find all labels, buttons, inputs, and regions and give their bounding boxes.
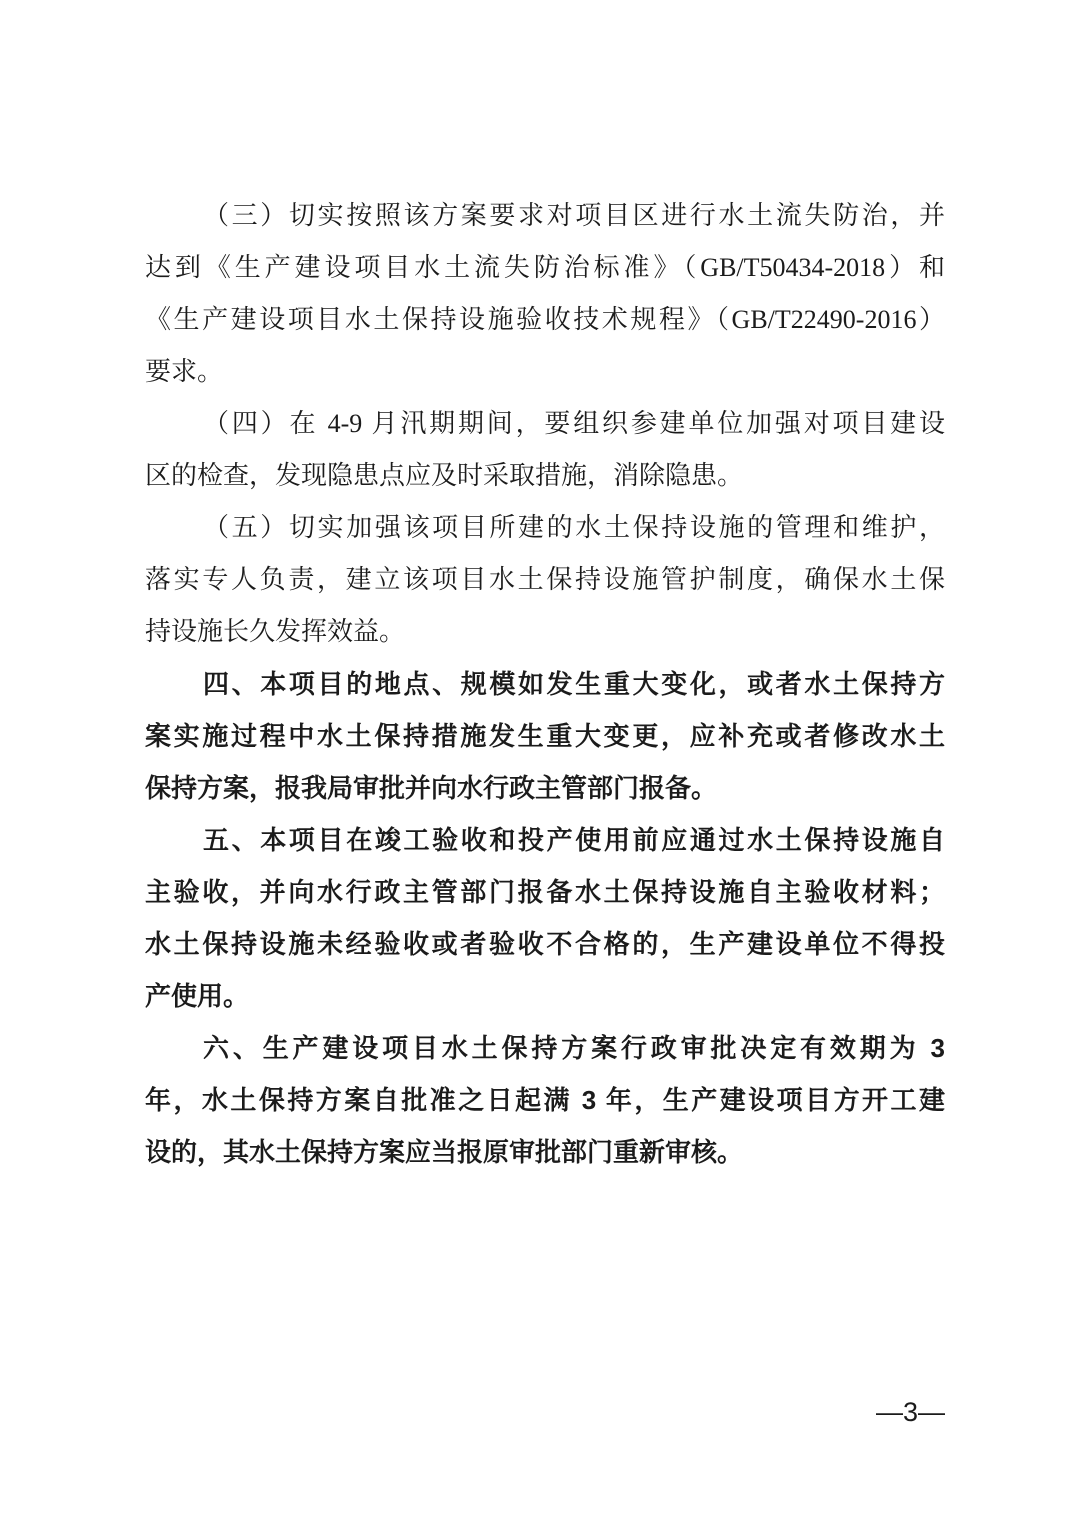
paragraph-clause-3: （三）切实按照该方案要求对项目区进行水土流失防治，并 达到《生产建设项目水土流失… (145, 190, 945, 398)
text-line: （三）切实按照该方案要求对项目区进行水土流失防治，并 (145, 190, 945, 242)
text-line: 年，水土保持方案自批准之日起满 3 年，生产建设项目方开工建 (145, 1074, 945, 1126)
text-line: 产使用。 (145, 970, 945, 1022)
text-line: （五）切实加强该项目所建的水土保持设施的管理和维护， (145, 502, 945, 554)
paragraph-article-5: 五、本项目在竣工验收和投产使用前应通过水土保持设施自 主验收，并向水行政主管部门… (145, 814, 945, 1022)
paragraph-article-4: 四、本项目的地点、规模如发生重大变化，或者水土保持方 案实施过程中水土保持措施发… (145, 658, 945, 814)
page-number: —3— (145, 1392, 945, 1432)
text-line: 持设施长久发挥效益。 (145, 606, 945, 658)
text-line: 五、本项目在竣工验收和投产使用前应通过水土保持设施自 (145, 814, 945, 866)
document-body: （三）切实按照该方案要求对项目区进行水土流失防治，并 达到《生产建设项目水土流失… (145, 190, 945, 1178)
text-line: 案实施过程中水土保持措施发生重大变更，应补充或者修改水土 (145, 710, 945, 762)
text-line: 达到《生产建设项目水土流失防治标准》（GB/T50434-2018）和 (145, 242, 945, 294)
text-line: 六、生产建设项目水土保持方案行政审批决定有效期为 3 (145, 1022, 945, 1074)
text-line: （四）在 4-9 月汛期期间，要组织参建单位加强对项目建设 (145, 398, 945, 450)
paragraph-article-6: 六、生产建设项目水土保持方案行政审批决定有效期为 3 年，水土保持方案自批准之日… (145, 1022, 945, 1178)
text-line: 主验收，并向水行政主管部门报备水土保持设施自主验收材料； (145, 866, 945, 918)
text-line: 保持方案，报我局审批并向水行政主管部门报备。 (145, 762, 945, 814)
text-line: 《生产建设项目水土保持设施验收技术规程》（GB/T22490-2016） (145, 294, 945, 346)
text-line: 要求。 (145, 346, 945, 398)
paragraph-clause-4: （四）在 4-9 月汛期期间，要组织参建单位加强对项目建设 区的检查，发现隐患点… (145, 398, 945, 502)
text-line: 落实专人负责，建立该项目水土保持设施管护制度，确保水土保 (145, 554, 945, 606)
text-line: 四、本项目的地点、规模如发生重大变化，或者水土保持方 (145, 658, 945, 710)
text-line: 水土保持设施未经验收或者验收不合格的，生产建设单位不得投 (145, 918, 945, 970)
text-line: 区的检查，发现隐患点应及时采取措施，消除隐患。 (145, 450, 945, 502)
paragraph-clause-5: （五）切实加强该项目所建的水土保持设施的管理和维护， 落实专人负责，建立该项目水… (145, 502, 945, 658)
text-line: 设的，其水土保持方案应当报原审批部门重新审核。 (145, 1126, 945, 1178)
document-page: （三）切实按照该方案要求对项目区进行水土流失防治，并 达到《生产建设项目水土流失… (0, 0, 1074, 1520)
